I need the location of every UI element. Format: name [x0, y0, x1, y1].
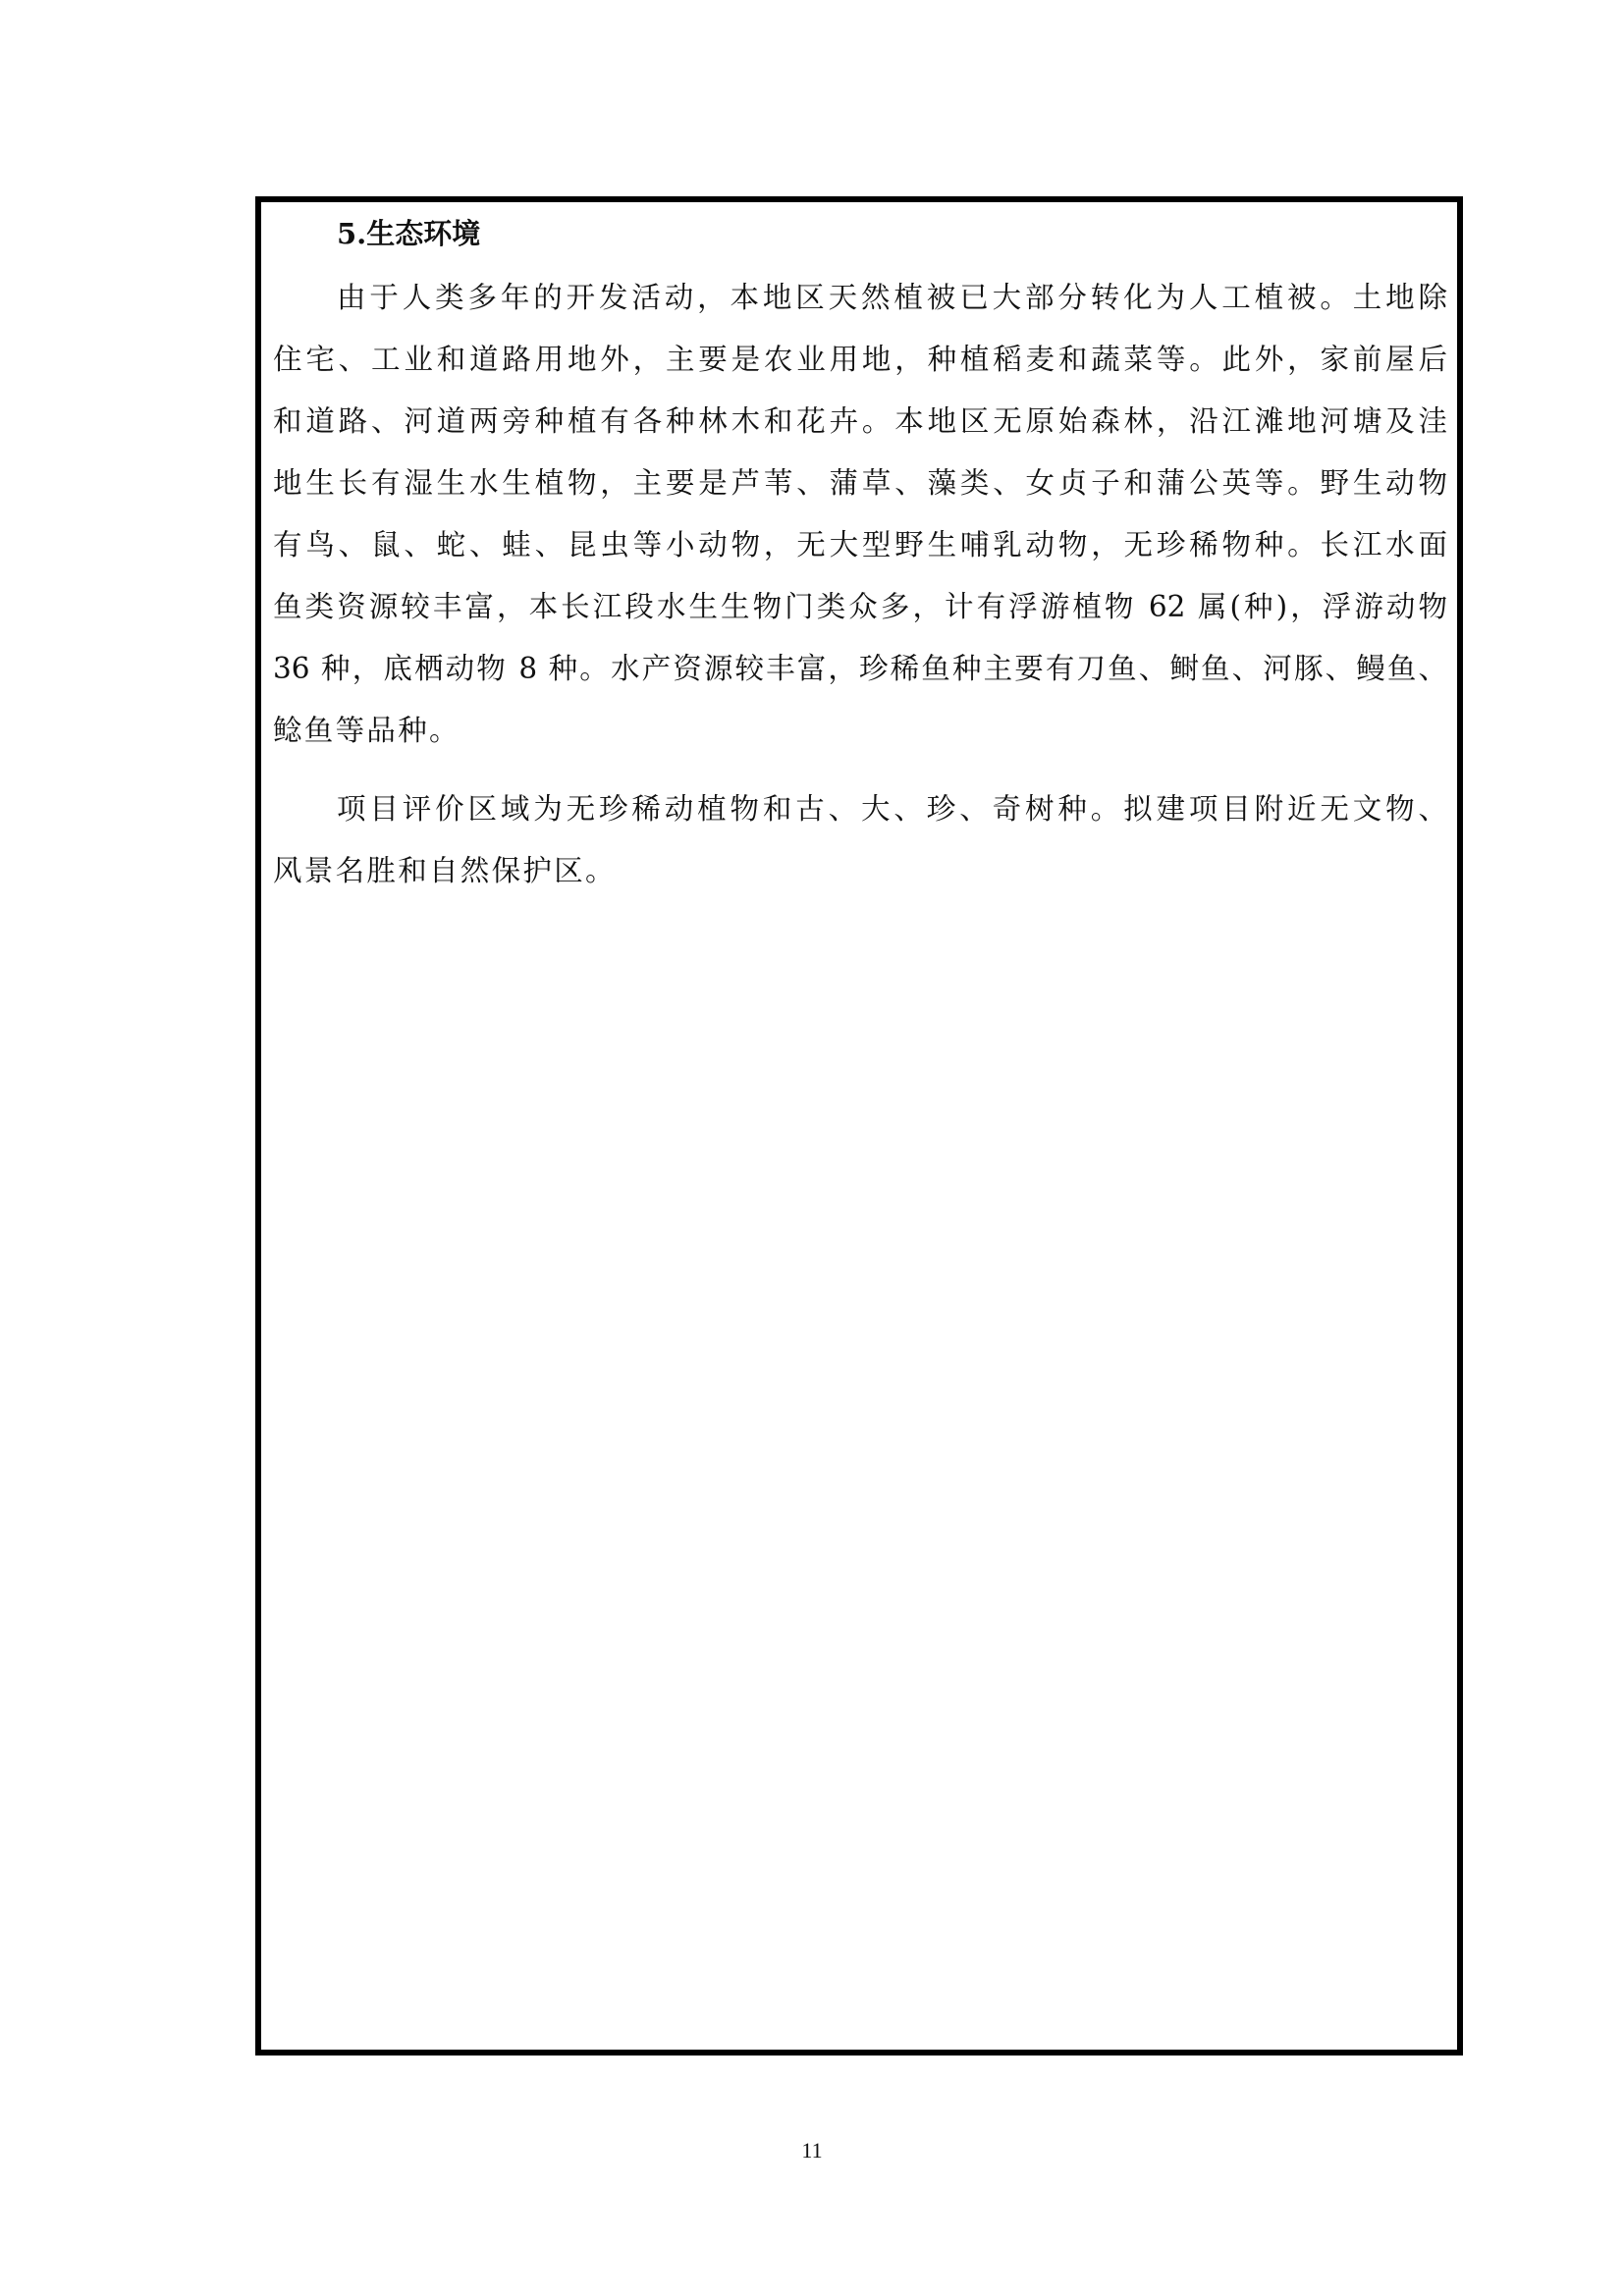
text-line: 有鸟、鼠、蛇、蛙、昆虫等小动物，无大型野生哺乳动物，无珍稀物种。长江水面	[273, 514, 1447, 576]
page-number: 11	[0, 2138, 1624, 2163]
paragraph-assessment: 项目评价区域为无珍稀动植物和古、大、珍、奇树种。拟建项目附近无文物、 风景名胜和…	[273, 778, 1451, 902]
paragraph-ecology: 由于人类多年的开发活动，本地区天然植被已大部分转化为人工植被。土地除 住宅、工业…	[273, 267, 1451, 762]
text-line: 由于人类多年的开发活动，本地区天然植被已大部分转化为人工植被。土地除	[273, 267, 1447, 329]
section-body: 由于人类多年的开发活动，本地区天然植被已大部分转化为人工植被。土地除 住宅、工业…	[273, 267, 1451, 902]
section-heading: 5.生态环境	[337, 211, 480, 256]
text-line: 鲶鱼等品种。	[273, 700, 1451, 762]
text-line: 风景名胜和自然保护区。	[273, 840, 1451, 902]
text-line: 项目评价区域为无珍稀动植物和古、大、珍、奇树种。拟建项目附近无文物、	[273, 778, 1447, 840]
text-line: 住宅、工业和道路用地外，主要是农业用地，种植稻麦和蔬菜等。此外，家前屋后	[273, 329, 1447, 391]
text-line: 鱼类资源较丰富，本长江段水生生物门类众多，计有浮游植物 62 属(种)，浮游动物	[273, 576, 1447, 638]
paragraph-spacer	[273, 762, 1451, 778]
text-line: 和道路、河道两旁种植有各种林木和花卉。本地区无原始森林，沿江滩地河塘及洼	[273, 391, 1447, 453]
text-line: 36 种，底栖动物 8 种。水产资源较丰富，珍稀鱼种主要有刀鱼、鲥鱼、河豚、鳗鱼…	[273, 638, 1447, 700]
text-line: 地生长有湿生水生植物，主要是芦苇、蒲草、藻类、女贞子和蒲公英等。野生动物	[273, 453, 1447, 514]
